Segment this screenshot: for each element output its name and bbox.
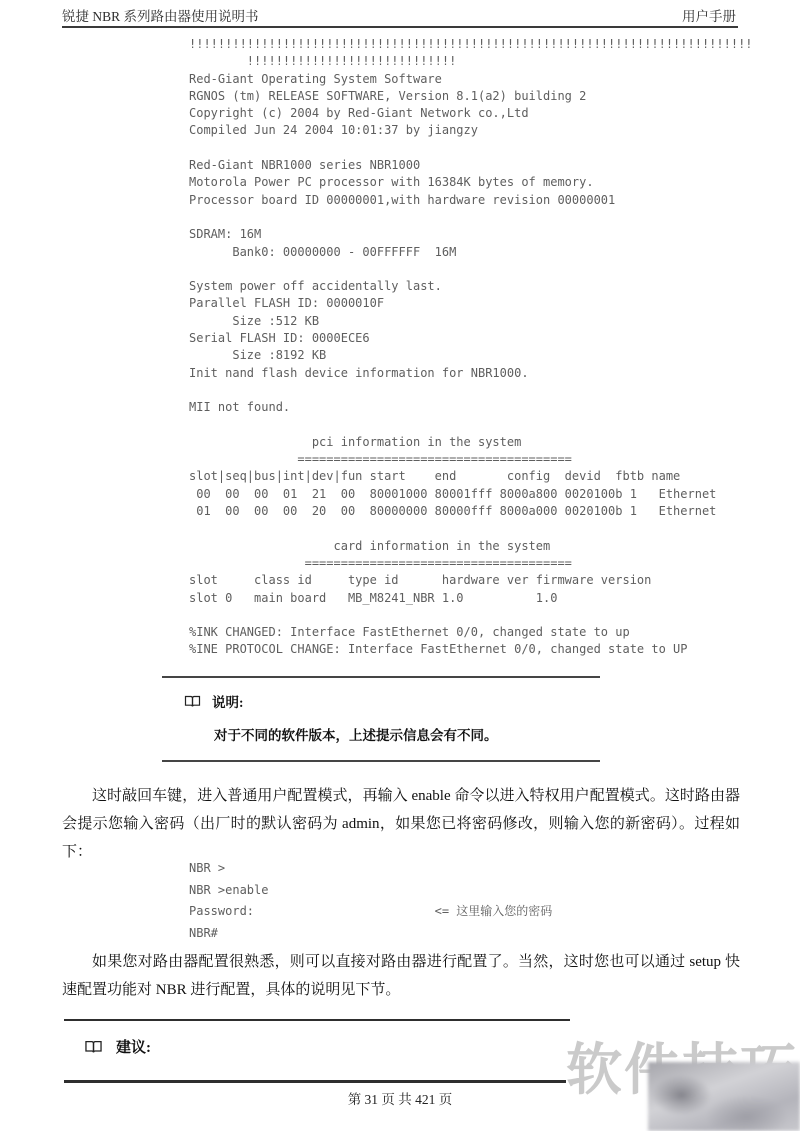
open-book-icon xyxy=(84,1040,103,1054)
paragraph-enable-mode: 这时敲回车键，进入普通用户配置模式，再输入 enable 命令以进入特权用户配置… xyxy=(62,782,740,866)
manual-page: 锐捷 NBR 系列路由器使用说明书 用户手册 !!!!!!!!!!!!!!!!!… xyxy=(0,0,800,1131)
paragraph-setup-config: 如果您对路由器配置很熟悉，则可以直接对路由器进行配置了。当然，这时您也可以通过 … xyxy=(62,948,740,1004)
boot-log-output: !!!!!!!!!!!!!!!!!!!!!!!!!!!!!!!!!!!!!!!!… xyxy=(189,36,753,659)
cli-example: NBR > NBR >enable Password: <= 这里输入您的密码 … xyxy=(189,858,552,944)
suggestion-rule-bottom xyxy=(64,1080,566,1083)
header-doc-title: 锐捷 NBR 系列路由器使用说明书 xyxy=(62,5,259,25)
suggestion-rule-top xyxy=(64,1019,570,1021)
note-heading: 说明: xyxy=(184,691,600,711)
suggestion-heading: 建议: xyxy=(84,1036,151,1057)
open-book-icon xyxy=(184,695,201,708)
note-box: 说明: 对于不同的软件版本，上述提示信息会有不同。 xyxy=(162,676,600,762)
note-label: 说明: xyxy=(212,691,244,711)
note-text: 对于不同的软件版本，上述提示信息会有不同。 xyxy=(214,724,600,744)
scan-artifact-blob xyxy=(648,1062,800,1131)
suggestion-label: 建议: xyxy=(116,1036,151,1057)
header-rule xyxy=(62,26,738,28)
header-manual-label: 用户手册 xyxy=(682,5,736,25)
